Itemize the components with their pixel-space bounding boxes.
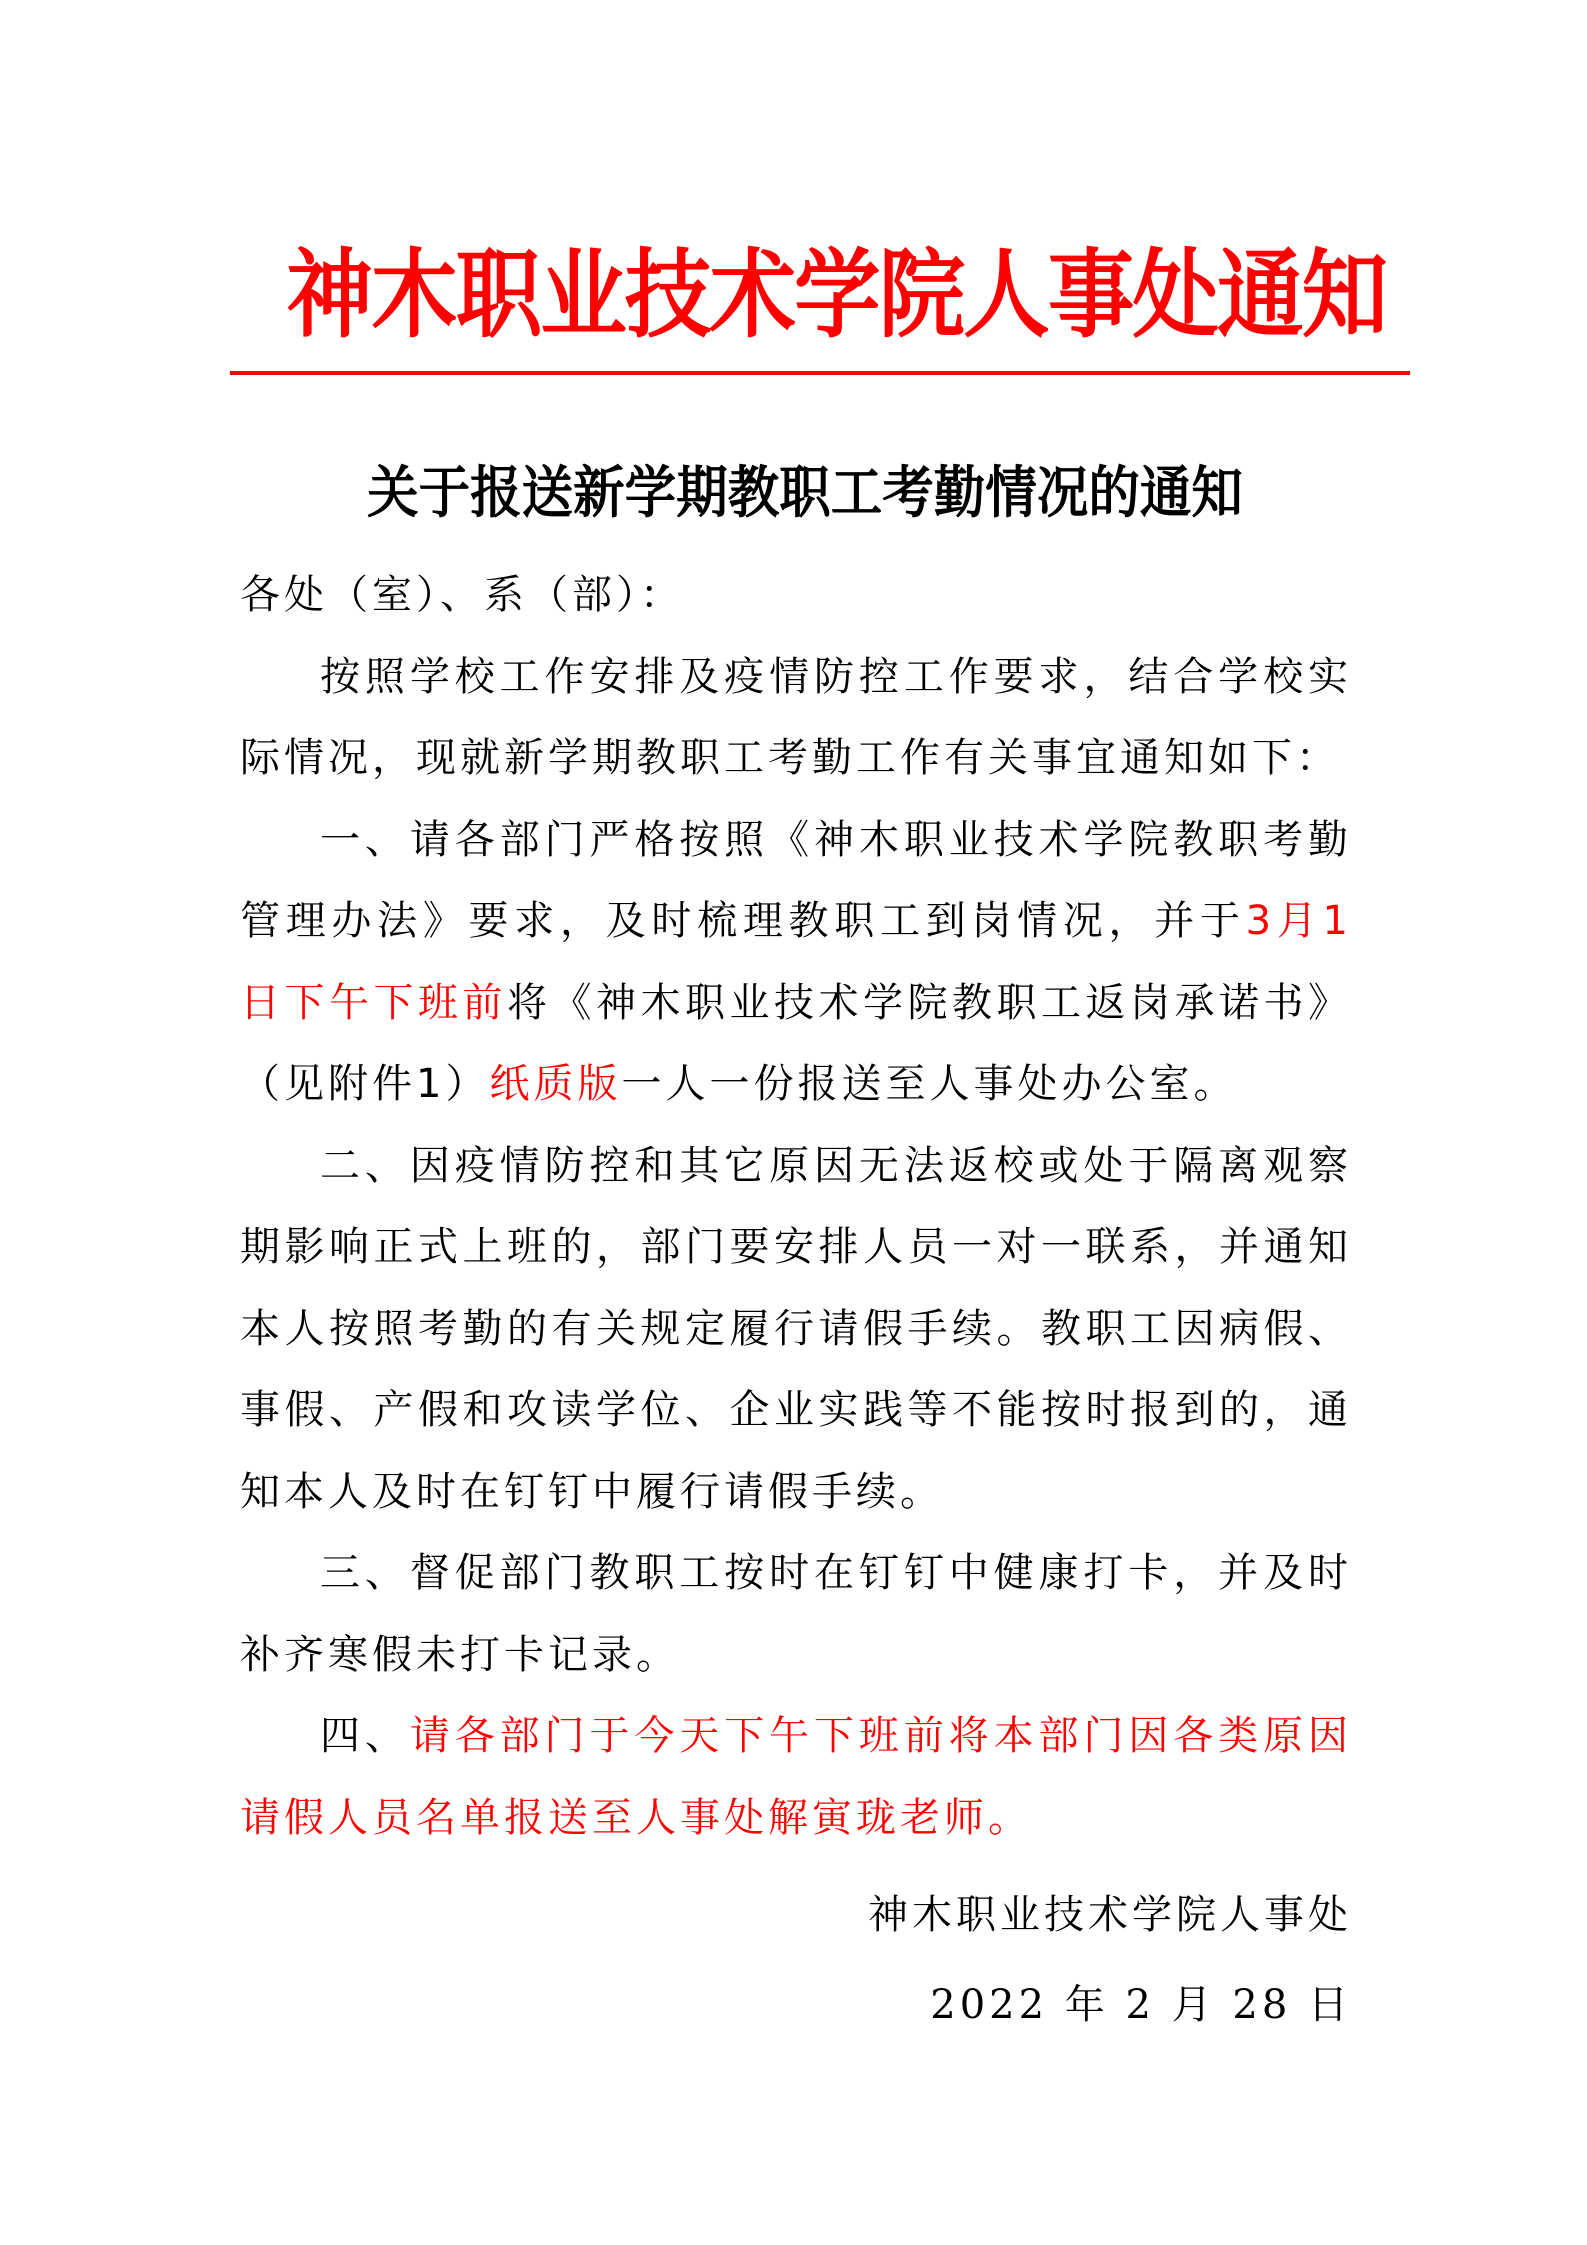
paragraph-text: 按照学校工作安排及疫情防控工作要求，结合学校实际情况，现就新学期教职工考勤工作有…: [240, 654, 1352, 782]
signature-organization: 神木职业技术学院人事处: [868, 1885, 1352, 1945]
letterhead-title: 神木职业技术学院人事处通知: [287, 240, 1304, 350]
letterhead-divider: [230, 371, 1410, 375]
salutation: 各处（室）、系（部）：: [240, 555, 1352, 637]
paragraph-text: 一、请各部门严格按照《神木职业技术学院教职考勤管理办法》要求，及时梳理教职工到岗…: [240, 817, 1352, 945]
signature-date: 2022 年 2 月 28 日: [930, 1975, 1352, 2035]
paragraph-text: 一人一份报送至人事处办公室。: [621, 1061, 1237, 1107]
document-body: 各处（室）、系（部）： 按照学校工作安排及疫情防控工作要求，结合学校实际情况，现…: [240, 555, 1352, 1859]
paragraph-item-3: 三、督促部门教职工按时在钉钉中健康打卡，并及时补齐寒假未打卡记录。: [240, 1533, 1352, 1696]
paragraph-item-4: 四、请各部门于今天下午下班前将本部门因各类原因请假人员名单报送至人事处解寅珑老师…: [240, 1696, 1352, 1859]
paragraph-text: 四、: [320, 1713, 410, 1759]
paragraph-text: 三、督促部门教职工按时在钉钉中健康打卡，并及时补齐寒假未打卡记录。: [240, 1550, 1352, 1678]
paragraph-item-1: 一、请各部门严格按照《神木职业技术学院教职考勤管理办法》要求，及时梳理教职工到岗…: [240, 800, 1352, 1126]
document-title: 关于报送新学期教职工考勤情况的通知: [276, 458, 1334, 528]
paragraph-item-2: 二、因疫情防控和其它原因无法返校或处于隔离观察期影响正式上班的，部门要安排人员一…: [240, 1126, 1352, 1534]
paragraph-text: 二、因疫情防控和其它原因无法返校或处于隔离观察期影响正式上班的，部门要安排人员一…: [240, 1143, 1352, 1515]
paragraph-intro: 按照学校工作安排及疫情防控工作要求，结合学校实际情况，现就新学期教职工考勤工作有…: [240, 637, 1352, 800]
document-page: 神木职业技术学院人事处通知 关于报送新学期教职工考勤情况的通知 各处（室）、系（…: [0, 0, 1587, 2245]
highlight-paper-version: 纸质版: [489, 1061, 621, 1107]
